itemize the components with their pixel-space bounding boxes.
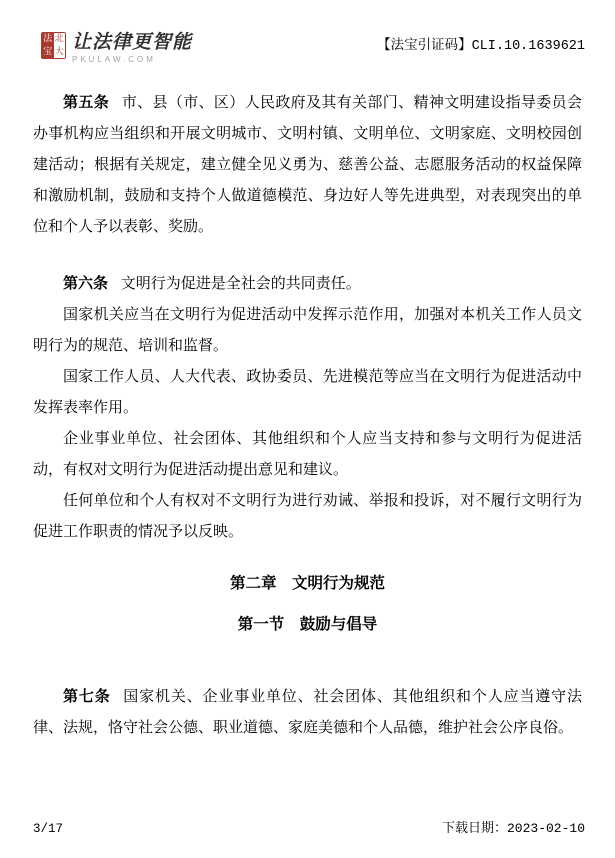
page-number: 3/17 xyxy=(33,821,63,837)
page-footer: 3/17 下载日期：2023-02-10 xyxy=(33,820,585,837)
seal-char-bao: 宝 xyxy=(42,46,54,59)
download-date: 下载日期：2023-02-10 xyxy=(442,820,585,837)
article-7-text: 国家机关、企业事业单位、社会团体、其他组织和个人应当遵守法律、法规，恪守社会公德… xyxy=(33,689,582,736)
article-6-clause-2: 国家机关应当在文明行为促进活动中发挥示范作用，加强对本机关工作人员文明行为的规范… xyxy=(33,300,582,362)
chapter-number: 第二章 xyxy=(230,575,277,592)
article-5-text: 市、县（市、区）人民政府及其有关部门、精神文明建设指导委员会办事机构应当组织和开… xyxy=(33,95,582,235)
chapter-2-heading: 第二章文明行为规范 xyxy=(33,568,582,599)
article-6-paragraph: 第六条文明行为促进是全社会的共同责任。 xyxy=(33,269,582,300)
article-6-label: 第六条 xyxy=(63,276,108,292)
citation-code: 【法宝引证码】CLI.10.1639621 xyxy=(377,37,585,55)
pkulaw-logo: 法 北 宝 大 让法律更智能 PKULAW.COM xyxy=(41,32,192,64)
seal-char-bei: 北 xyxy=(54,33,66,46)
article-6-clause-3: 国家工作人员、人大代表、政协委员、先进模范等应当在文明行为促进活动中发挥表率作用… xyxy=(33,362,582,424)
citation-label: 【法宝引证码】 xyxy=(377,37,472,52)
logo-slogan: 让法律更智能 xyxy=(72,32,192,54)
pkulaw-seal-icon: 法 北 宝 大 xyxy=(41,32,66,59)
section-number: 第一节 xyxy=(238,616,285,633)
article-6-clause-4: 企业事业单位、社会团体、其他组织和个人应当支持和参与文明行为促进活动，有权对文明… xyxy=(33,424,582,486)
section-title: 鼓励与倡导 xyxy=(300,616,378,633)
article-7-label: 第七条 xyxy=(63,689,111,705)
document-body: 第五条市、县（市、区）人民政府及其有关部门、精神文明建设指导委员会办事机构应当组… xyxy=(33,88,582,744)
article-7-paragraph: 第七条国家机关、企业事业单位、社会团体、其他组织和个人应当遵守法律、法规，恪守社… xyxy=(33,682,582,744)
citation-number: CLI.10.1639621 xyxy=(472,39,585,54)
seal-char-fa: 法 xyxy=(42,33,54,46)
article-5-label: 第五条 xyxy=(63,95,109,111)
article-5-paragraph: 第五条市、县（市、区）人民政府及其有关部门、精神文明建设指导委员会办事机构应当组… xyxy=(33,88,582,243)
logo-text-block: 让法律更智能 PKULAW.COM xyxy=(72,32,192,64)
section-1-heading: 第一节鼓励与倡导 xyxy=(33,609,582,640)
article-6-text: 文明行为促进是全社会的共同责任。 xyxy=(121,276,361,292)
chapter-title: 文明行为规范 xyxy=(292,575,385,592)
article-6-clause-4-text: 企业事业单位、社会团体、其他组织和个人应当支持和参与文明行为促进活动，有权对文明… xyxy=(33,431,582,478)
logo-domain: PKULAW.COM xyxy=(72,55,192,64)
article-6-clause-2-text: 国家机关应当在文明行为促进活动中发挥示范作用，加强对本机关工作人员文明行为的规范… xyxy=(33,307,582,354)
download-date-value: 2023-02-10 xyxy=(507,821,585,836)
download-date-label: 下载日期： xyxy=(442,820,507,835)
article-6-clause-3-text: 国家工作人员、人大代表、政协委员、先进模范等应当在文明行为促进活动中发挥表率作用… xyxy=(33,369,582,416)
article-6-clause-5: 任何单位和个人有权对不文明行为进行劝诫、举报和投诉，对不履行文明行为促进工作职责… xyxy=(33,486,582,548)
article-6-clause-5-text: 任何单位和个人有权对不文明行为进行劝诫、举报和投诉，对不履行文明行为促进工作职责… xyxy=(33,493,582,540)
seal-char-da: 大 xyxy=(54,46,66,59)
